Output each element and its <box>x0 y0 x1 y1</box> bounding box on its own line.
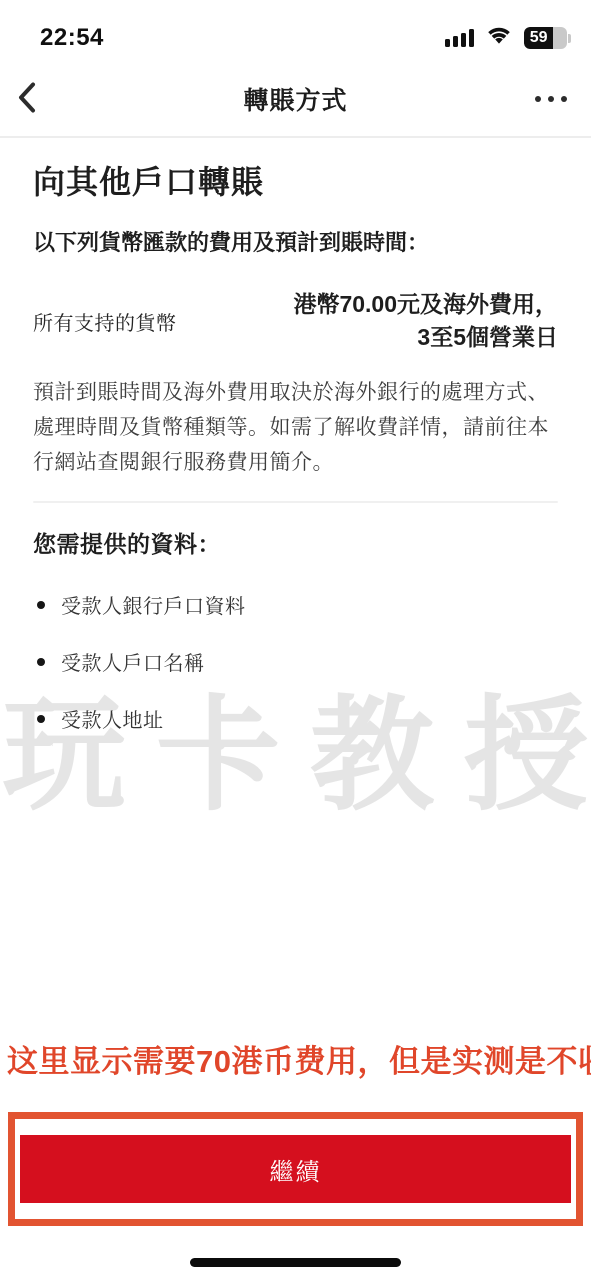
bullet-icon <box>37 658 45 666</box>
more-button[interactable] <box>529 90 573 108</box>
annotation-highlight-box: 繼續 <box>8 1112 583 1226</box>
nav-title: 轉賬方式 <box>243 81 347 117</box>
battery-percent: 59 <box>524 27 553 49</box>
ellipsis-icon <box>535 96 567 102</box>
list-item-label: 受款人銀行戶口資料 <box>61 590 246 619</box>
continue-button[interactable]: 繼續 <box>20 1135 571 1203</box>
list-item: 受款人地址 <box>33 704 558 733</box>
clock-time: 22:54 <box>40 24 104 52</box>
fee-amount-value: 港幣70.00元及海外費用，3至5個營業日 <box>292 288 558 354</box>
required-info-title: 您需提供的資料： <box>33 529 558 559</box>
fee-note-text: 預計到賬時間及海外費用取決於海外銀行的處理方式、處理時間及貨幣種類等。如需了解收… <box>33 375 558 480</box>
fees-intro-text: 以下列貨幣匯款的費用及預計到賬時間： <box>33 230 558 256</box>
status-icons: 59 <box>445 26 571 51</box>
main-content: 向其他戶口轉賬 以下列貨幣匯款的費用及預計到賬時間： 所有支持的貨幣 港幣70.… <box>0 138 591 761</box>
bullet-icon <box>37 715 45 723</box>
fee-currency-label: 所有支持的貨幣 <box>33 307 177 336</box>
required-info-list: 受款人銀行戶口資料 受款人戶口名稱 受款人地址 <box>33 590 558 733</box>
nav-bar: 轉賬方式 <box>0 62 591 138</box>
list-item-label: 受款人戶口名稱 <box>61 647 205 676</box>
list-item: 受款人戶口名稱 <box>33 647 558 676</box>
bullet-icon <box>37 601 45 609</box>
home-indicator[interactable] <box>190 1258 401 1267</box>
list-item: 受款人銀行戶口資料 <box>33 590 558 619</box>
annotation-text: 这里显示需要70港币费用，但是实测是不收的 <box>7 1036 591 1081</box>
page-title: 向其他戶口轉賬 <box>33 165 558 199</box>
battery-icon: 59 <box>524 27 571 49</box>
chevron-left-icon <box>16 82 38 117</box>
list-item-label: 受款人地址 <box>61 704 164 733</box>
section-divider <box>33 501 558 503</box>
status-bar: 22:54 59 <box>0 0 591 62</box>
fee-row: 所有支持的貨幣 港幣70.00元及海外費用，3至5個營業日 <box>33 288 558 354</box>
back-button[interactable] <box>10 76 44 123</box>
app-screen: 22:54 59 <box>0 0 591 1280</box>
cellular-signal-icon <box>445 29 474 47</box>
wifi-icon <box>485 26 513 51</box>
